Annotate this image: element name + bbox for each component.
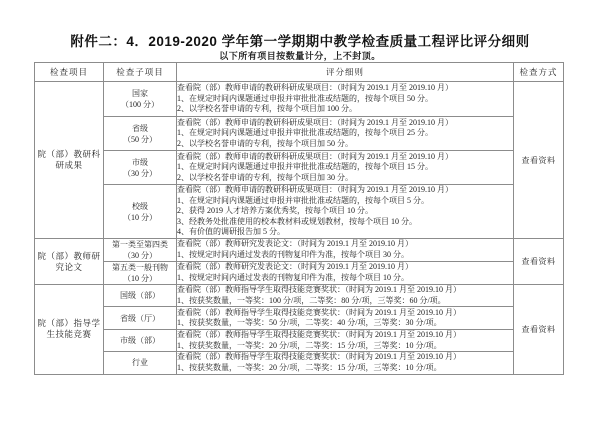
criteria-cell: 查看院（部）教师指导学生取得技能竞赛奖状：（时间为 2019.1 月至 2019… bbox=[177, 307, 514, 330]
column-header-check-item: 检查项目 bbox=[35, 63, 104, 82]
category-cell: 院（部）教师研究论文 bbox=[35, 239, 104, 285]
subcategory-cell: 第一类至第四类 （30 分） bbox=[104, 239, 177, 262]
document-title: 附件二：4．2019-2020 学年第一学期期中教学检查质量工程评比评分细则 bbox=[0, 30, 600, 50]
subcategory-cell: 国家 （100 分） bbox=[104, 82, 177, 117]
method-cell: 查看资料 bbox=[514, 239, 564, 285]
table-row: 市级（部） 查看院（部）教师指导学生取得技能竞赛奖状：（时间为 2019.1 月… bbox=[35, 330, 564, 352]
column-header-check-subitem: 检查子项目 bbox=[104, 63, 177, 82]
criteria-cell: 查看院（部）教师申请的教研科研成果项目：（时间为 2019.1 月至 2019.… bbox=[177, 82, 514, 117]
category-cell: 院（部）教研科研成果 bbox=[35, 82, 104, 239]
table-row: 省级 （50 分） 查看院（部）教师申请的教研科研成果项目：（时间为 2019.… bbox=[35, 117, 564, 151]
criteria-cell: 查看院（部）教师指导学生取得技能竞赛奖状：（时间为 2019.1 月至 2019… bbox=[177, 352, 514, 374]
subcategory-cell: 校级 （10 分） bbox=[104, 185, 177, 239]
table-row: 院（部）教师研究论文 第一类至第四类 （30 分） 查看院（部）教师研究发表论文… bbox=[35, 239, 564, 262]
table-row: 第五类一般刊物 （10 分） 查看院（部）教师研究发表论文：（时间为 2019.… bbox=[35, 262, 564, 285]
criteria-cell: 查看院（部）教师申请的教研科研成果项目：（时间为 2019.1 月至 2019.… bbox=[177, 185, 514, 239]
table-row: 行业 查看院（部）教师指导学生取得技能竞赛奖状：（时间为 2019.1 月至 2… bbox=[35, 352, 564, 374]
table-row: 市级 （30 分） 查看院（部）教师申请的教研科研成果项目：（时间为 2019.… bbox=[35, 151, 564, 185]
table-row: 省级（厅） 查看院（部）教师指导学生取得技能竞赛奖状：（时间为 2019.1 月… bbox=[35, 307, 564, 330]
criteria-cell: 查看院（部）教师指导学生取得技能竞赛奖状：（时间为 2019.1 月至 2019… bbox=[177, 285, 514, 307]
criteria-cell: 查看院（部）教师申请的教研科研成果项目：（时间为 2019.1 月至 2019.… bbox=[177, 117, 514, 151]
criteria-cell: 查看院（部）教师指导学生取得技能竞赛奖状：（时间为 2019.1 月至 2019… bbox=[177, 330, 514, 352]
table-header-row: 检查项目 检查子项目 评分细则 检查方式 bbox=[35, 63, 564, 82]
category-cell: 院（部）指导学生技能竞赛 bbox=[35, 285, 104, 375]
criteria-cell: 查看院（部）教师研究发表论文：（时间为 2019.1 月至 2019.10 月）… bbox=[177, 262, 514, 285]
subcategory-cell: 行业 bbox=[104, 352, 177, 374]
subcategory-cell: 市级 （30 分） bbox=[104, 151, 177, 185]
table-row: 校级 （10 分） 查看院（部）教师申请的教研科研成果项目：（时间为 2019.… bbox=[35, 185, 564, 239]
table-row: 院（部）教研科研成果 国家 （100 分） 查看院（部）教师申请的教研科研成果项… bbox=[35, 82, 564, 117]
column-header-scoring-detail: 评分细则 bbox=[177, 63, 514, 82]
document-subtitle: 以下所有项目按数量计分，上不封顶。 bbox=[0, 49, 600, 62]
subcategory-cell: 省级 （50 分） bbox=[104, 117, 177, 151]
subcategory-cell: 省级（厅） bbox=[104, 307, 177, 330]
subcategory-cell: 国级（部） bbox=[104, 285, 177, 307]
criteria-cell: 查看院（部）教师研究发表论文：（时间为 2019.1 月至 2019.10 月）… bbox=[177, 239, 514, 262]
table-row: 院（部）指导学生技能竞赛 国级（部） 查看院（部）教师指导学生取得技能竞赛奖状：… bbox=[35, 285, 564, 307]
method-cell: 查看资料 bbox=[514, 82, 564, 239]
criteria-cell: 查看院（部）教师申请的教研科研成果项目：（时间为 2019.1 月至 2019.… bbox=[177, 151, 514, 185]
evaluation-rules-table: 检查项目 检查子项目 评分细则 检查方式 院（部）教研科研成果 国家 （100 … bbox=[34, 62, 564, 375]
method-cell: 查看资料 bbox=[514, 285, 564, 375]
column-header-check-method: 检查方式 bbox=[514, 63, 564, 82]
document-page: 附件二：4．2019-2020 学年第一学期期中教学检查质量工程评比评分细则 以… bbox=[0, 0, 600, 424]
subcategory-cell: 市级（部） bbox=[104, 330, 177, 352]
subcategory-cell: 第五类一般刊物 （10 分） bbox=[104, 262, 177, 285]
